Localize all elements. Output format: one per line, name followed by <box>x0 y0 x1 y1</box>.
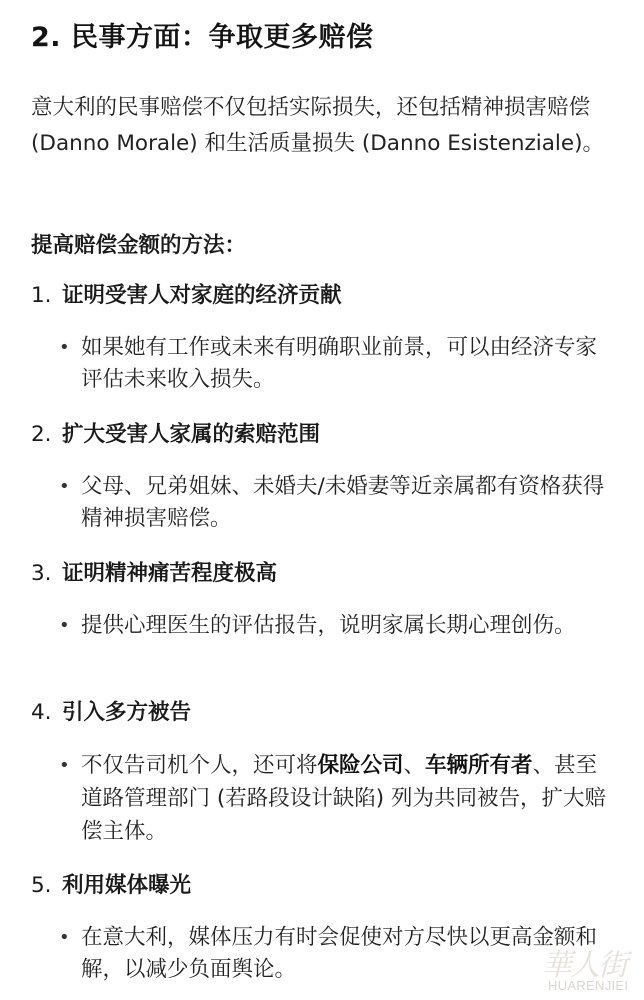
method-title-text: 证明受害人对家庭的经济贡献 <box>62 283 342 308</box>
method-title: 5.利用媒体曝光 <box>31 868 621 904</box>
list-number: 5. <box>31 868 62 904</box>
method-title-text: 利用媒体曝光 <box>62 873 191 898</box>
bullet-text: 父母、兄弟姐妹、未婚夫/未婚妻等近亲属都有资格获得精神损害赔偿。 <box>81 474 604 531</box>
method-title: 1.证明受害人对家庭的经济贡献 <box>31 278 621 314</box>
bullet-text-part: 、 <box>404 753 426 778</box>
method-item-3: 3.证明精神痛苦程度极高 • 提供心理医生的评估报告，说明家属长期心理创伤。 <box>31 556 621 642</box>
method-title-text: 扩大受害人家属的索赔范围 <box>62 422 320 447</box>
list-number: 1. <box>31 278 62 314</box>
bullet-dot-icon: • <box>59 922 70 954</box>
list-number: 4. <box>31 695 62 731</box>
bullet-point: • 不仅告司机个人，还可将保险公司、车辆所有者、甚至道路管理部门 (若路段设计缺… <box>31 749 611 848</box>
section-heading: 2. 民事方面：争取更多赔偿 <box>31 18 373 58</box>
bullet-point: • 在意大利，媒体压力有时会促使对方尽快以更高金额和解，以减少负面舆论。 <box>31 922 611 986</box>
bullet-point: • 如果她有工作或未来有明确职业前景，可以由经济专家评估未来收入损失。 <box>31 332 611 396</box>
method-title: 2.扩大受害人家属的索赔范围 <box>31 417 621 453</box>
bullet-dot-icon: • <box>59 749 70 782</box>
method-item-2: 2.扩大受害人家属的索赔范围 • 父母、兄弟姐妹、未婚夫/未婚妻等近亲属都有资格… <box>31 417 621 535</box>
list-number: 2. <box>31 417 62 453</box>
bullet-text: 在意大利，媒体压力有时会促使对方尽快以更高金额和解，以减少负面舆论。 <box>81 925 597 982</box>
bullet-text: 提供心理医生的评估报告，说明家属长期心理创伤。 <box>81 613 576 638</box>
method-item-4: 4.引入多方被告 • 不仅告司机个人，还可将保险公司、车辆所有者、甚至道路管理部… <box>31 695 621 848</box>
bullet-point: • 提供心理医生的评估报告，说明家属长期心理创伤。 <box>31 610 611 642</box>
method-item-1: 1.证明受害人对家庭的经济贡献 • 如果她有工作或未来有明确职业前景，可以由经济… <box>31 278 621 396</box>
list-number: 3. <box>31 556 62 592</box>
intro-paragraph: 意大利的民事赔偿不仅包括实际损失，还包括精神损害赔偿 (Danno Morale… <box>31 90 616 162</box>
bullet-text-emphasis-vehicle-owner: 车辆所有者 <box>425 753 533 778</box>
method-title: 4.引入多方被告 <box>31 695 621 731</box>
bullet-dot-icon: • <box>59 610 70 642</box>
bullet-point: • 父母、兄弟姐妹、未婚夫/未婚妻等近亲属都有资格获得精神损害赔偿。 <box>31 471 611 535</box>
bullet-dot-icon: • <box>59 332 70 364</box>
methods-title: 提高赔偿金额的方法： <box>31 228 246 264</box>
bullet-dot-icon: • <box>59 471 70 503</box>
method-title-text: 引入多方被告 <box>62 700 191 725</box>
bullet-text-emphasis-insurance: 保险公司 <box>318 753 404 778</box>
bullet-text: 如果她有工作或未来有明确职业前景，可以由经济专家评估未来收入损失。 <box>81 335 597 392</box>
method-item-5: 5.利用媒体曝光 • 在意大利，媒体压力有时会促使对方尽快以更高金额和解，以减少… <box>31 868 621 986</box>
method-title-text: 证明精神痛苦程度极高 <box>62 561 277 586</box>
method-title: 3.证明精神痛苦程度极高 <box>31 556 621 592</box>
bullet-text-part: 不仅告司机个人，还可将 <box>81 753 318 778</box>
